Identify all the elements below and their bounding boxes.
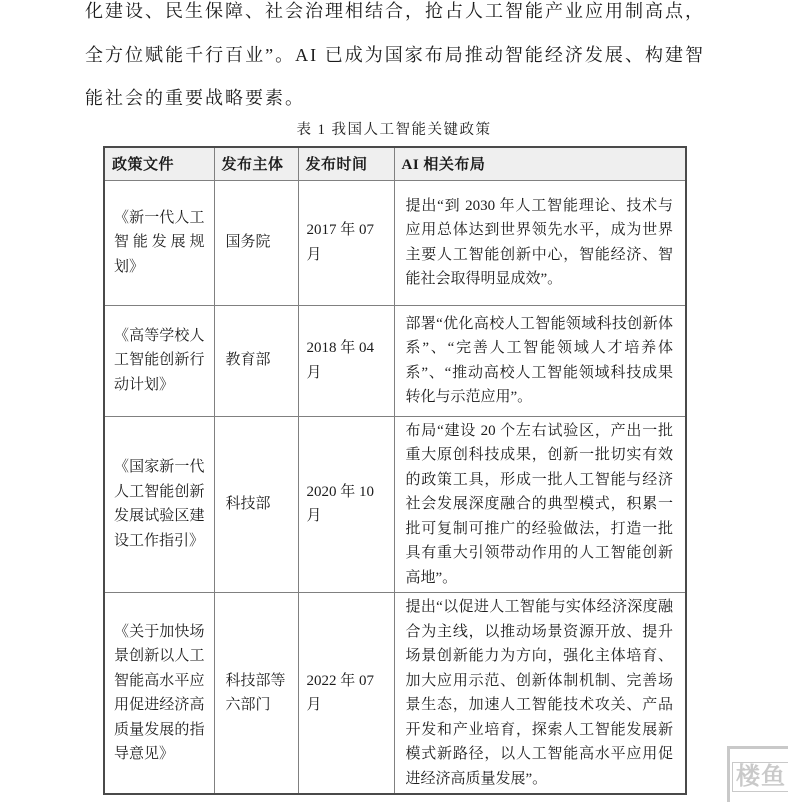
cell-date: 2022 年 07 月 — [298, 593, 394, 795]
cell-ai-layout: 部署“优化高校人工智能领域科技创新体系”、“完善人工智能领域人才培养体系”、“推… — [394, 305, 686, 416]
cell-date: 2018 年 04 月 — [298, 305, 394, 416]
table-row: 《高等学校人工智能创新行动计划》 教育部 2018 年 04 月 部署“优化高校… — [104, 305, 686, 416]
cell-ai-layout: 布局“建设 20 个左右试验区，产出一批重大原创科技成果，创新一批切实有效的政策… — [394, 416, 686, 593]
cell-policy-document: 《新一代人工智能发展规划》 — [104, 180, 214, 305]
cell-policy-document: 《国家新一代人工智能创新发展试验区建设工作指引》 — [104, 416, 214, 593]
cell-date: 2017 年 07 月 — [298, 180, 394, 305]
table-row: 《国家新一代人工智能创新发展试验区建设工作指引》 科技部 2020 年 10 月… — [104, 416, 686, 593]
table-header-row: 政策文件 发布主体 发布时间 AI 相关布局 — [104, 147, 686, 180]
watermark-seal: 楼鱼 — [727, 746, 788, 802]
cell-policy-document: 《高等学校人工智能创新行动计划》 — [104, 305, 214, 416]
paragraph-text: 化建设、民生保障、社会治理相结合，抢占人工智能产业应用制高点，全方位赋能千行百业… — [85, 0, 705, 121]
document-page: 化建设、民生保障、社会治理相结合，抢占人工智能产业应用制高点，全方位赋能千行百业… — [0, 0, 788, 802]
column-header-issuer: 发布主体 — [214, 147, 298, 180]
column-header-date: 发布时间 — [298, 147, 394, 180]
cell-date: 2020 年 10 月 — [298, 416, 394, 593]
cell-issuer: 国务院 — [214, 180, 298, 305]
cell-policy-document: 《关于加快场景创新以人工智能高水平应用促进经济高质量发展的指导意见》 — [104, 593, 214, 795]
cell-issuer: 科技部 — [214, 416, 298, 593]
cell-issuer: 教育部 — [214, 305, 298, 416]
cell-ai-layout: 提出“到 2030 年人工智能理论、技术与应用总体达到世界领先水平，成为世界主要… — [394, 180, 686, 305]
column-header-policy: 政策文件 — [104, 147, 214, 180]
policy-table: 政策文件 发布主体 发布时间 AI 相关布局 《新一代人工智能发展规划》 国务院… — [103, 146, 687, 795]
cell-ai-layout: 提出“以促进人工智能与实体经济深度融合为主线，以推动场景资源开放、提升场景创新能… — [394, 593, 686, 795]
table-row: 《关于加快场景创新以人工智能高水平应用促进经济高质量发展的指导意见》 科技部等六… — [104, 593, 686, 795]
cell-issuer: 科技部等六部门 — [214, 593, 298, 795]
watermark-seal-glyphs: 楼鱼 — [732, 762, 788, 792]
table-caption: 表 1 我国人工智能关键政策 — [0, 118, 788, 139]
column-header-ai-layout: AI 相关布局 — [394, 147, 686, 180]
table-row: 《新一代人工智能发展规划》 国务院 2017 年 07 月 提出“到 2030 … — [104, 180, 686, 305]
